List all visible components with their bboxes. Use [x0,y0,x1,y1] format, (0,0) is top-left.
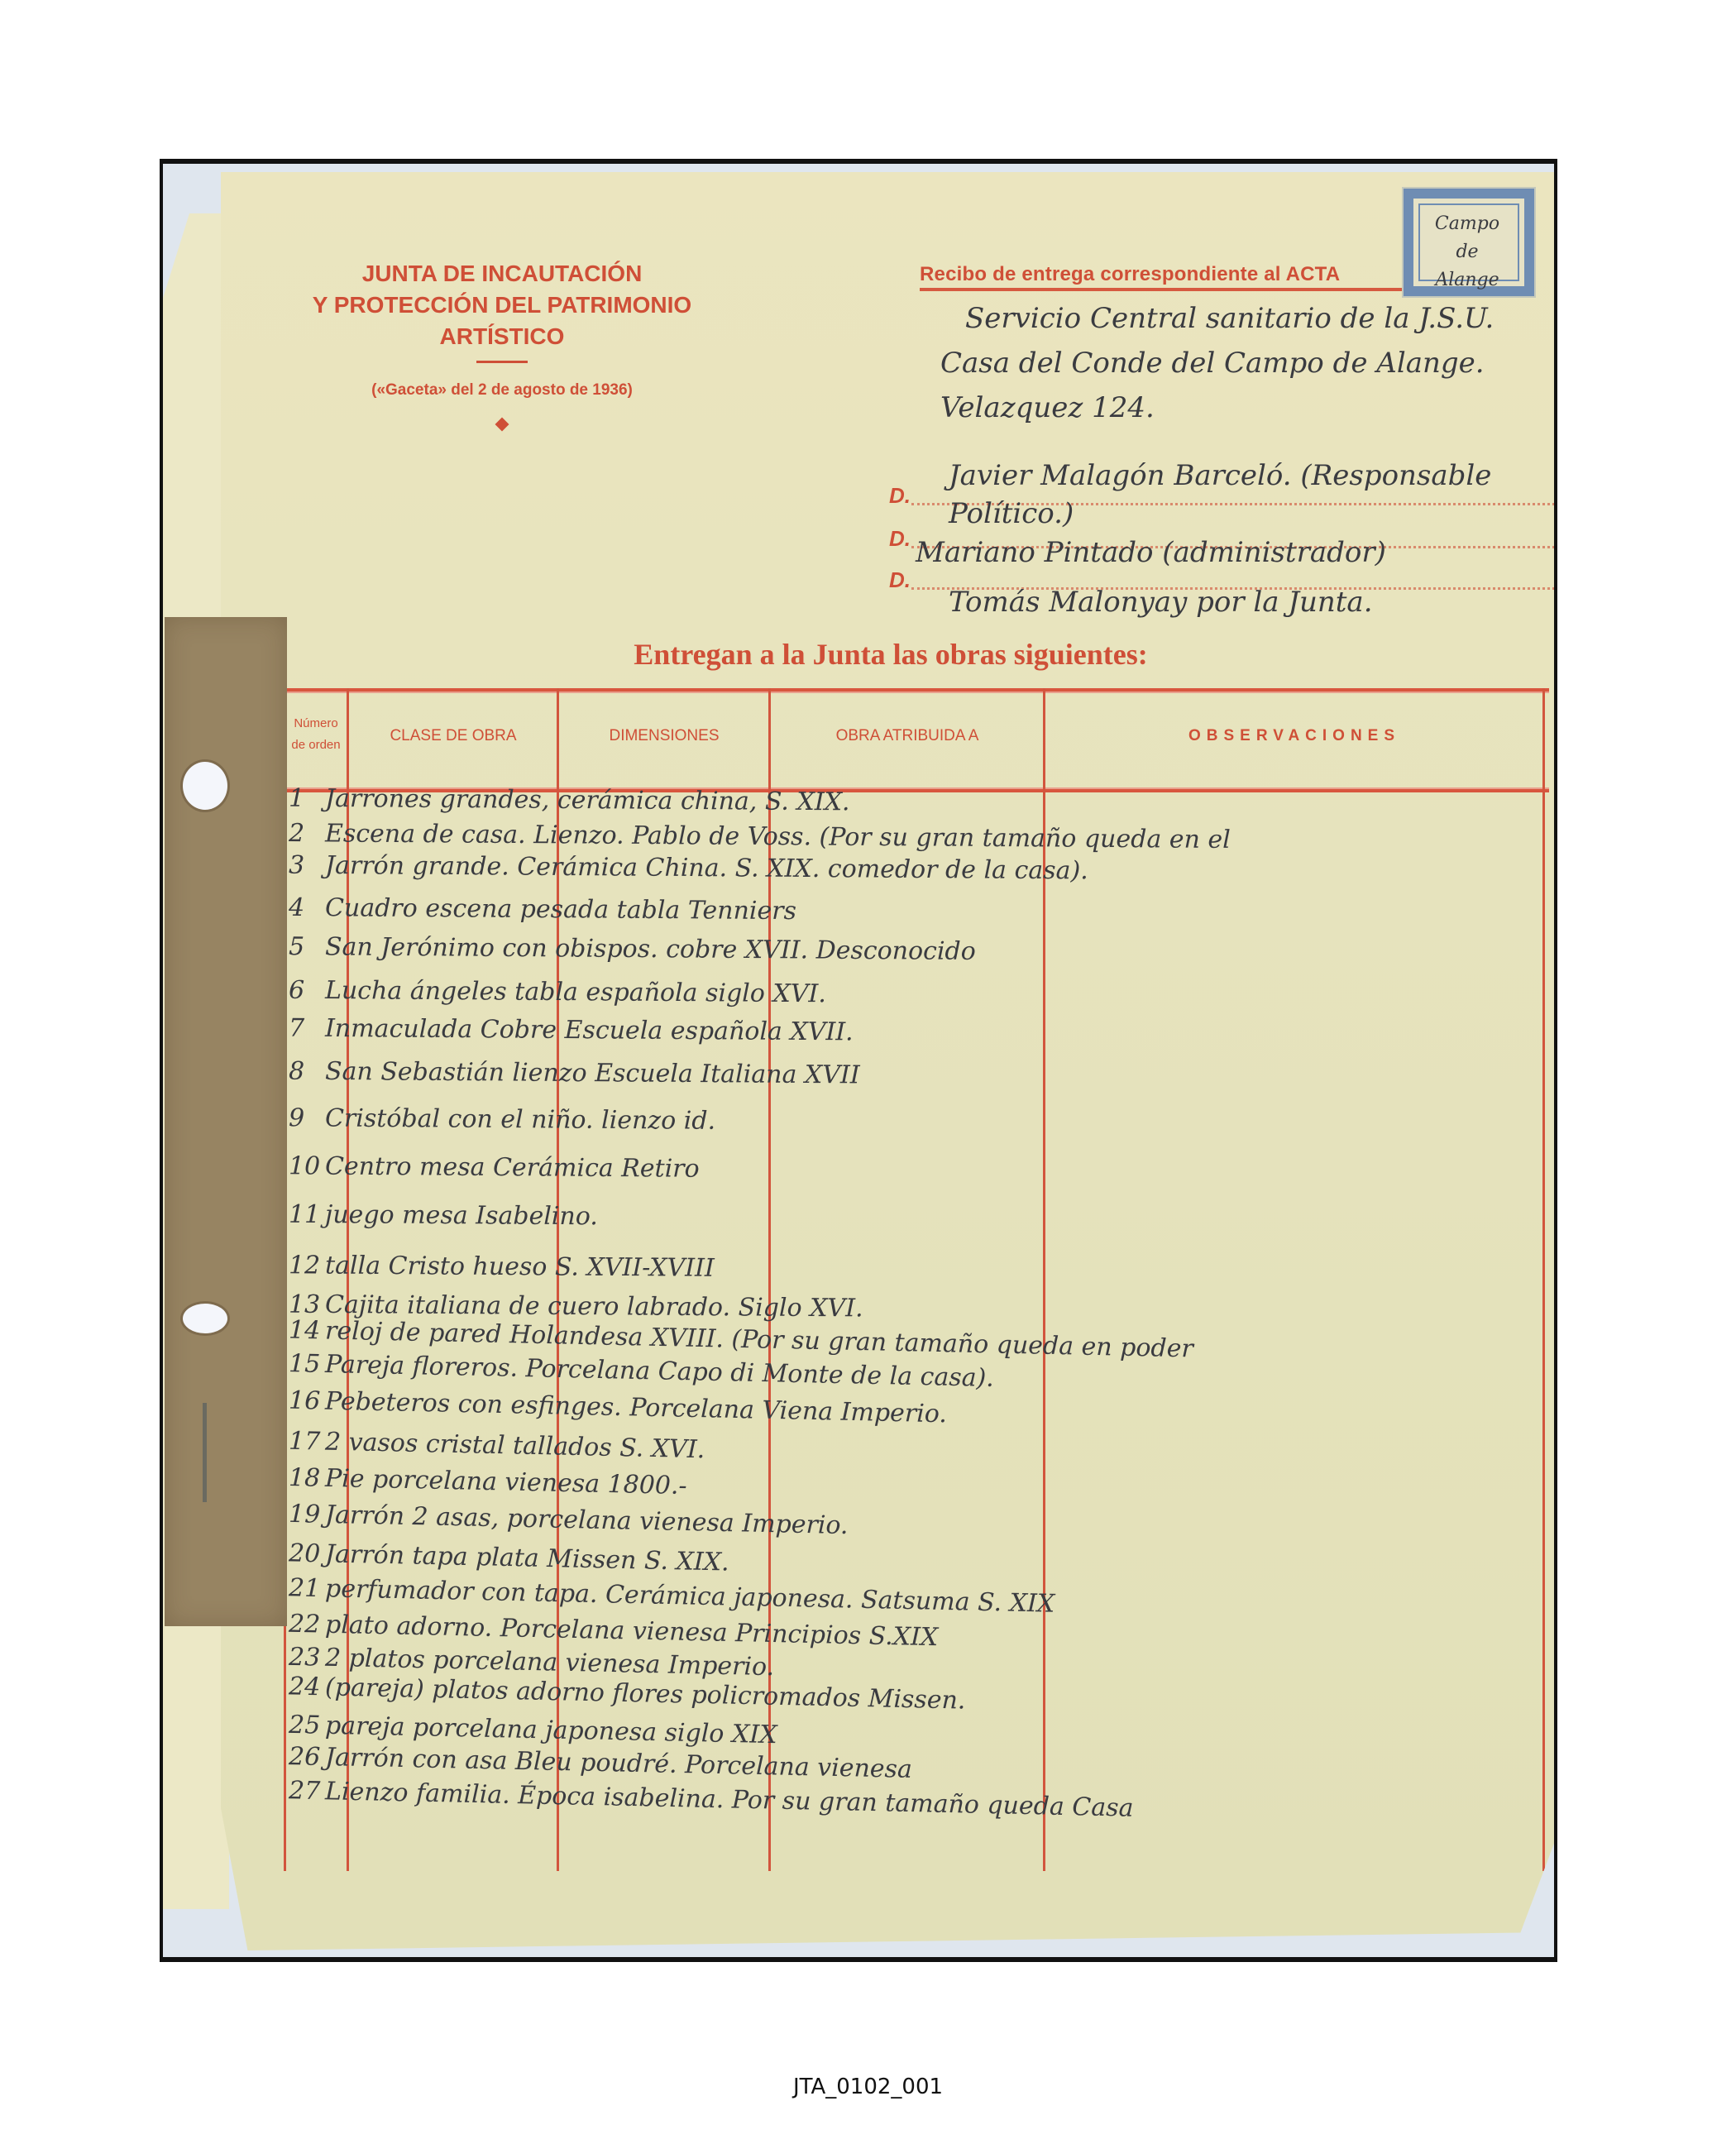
table-row: 3Jarrón grande. Cerámica China. S. XIX. … [289,851,1088,886]
letterhead: JUNTA DE INCAUTACIÓN Y PROTECCIÓN DEL PA… [221,258,783,429]
d-label-2: D. [889,526,911,552]
header-numero: Número de orden [287,713,345,756]
service-line-1: Servicio Central sanitario de la J.S.U. [940,296,1494,341]
col-divider-5 [1542,688,1545,1871]
row-number: 14 [289,1316,326,1346]
punch-hole-1 [183,762,227,810]
archive-id: JTA_0102_001 [0,2075,1736,2099]
service-line-2: Casa del Conde del Campo de Alange. [940,341,1494,385]
row-number: 24 [289,1672,326,1701]
row-number: 26 [289,1742,326,1772]
table-row: 12talla Cristo hueso S. XVII-XVIII [289,1251,715,1283]
header-clase: CLASE DE OBRA [350,725,557,748]
row-text: juego mesa Isabelino. [325,1200,598,1231]
table-row: 8San Sebastián lienzo Escuela Italiana X… [289,1057,860,1090]
works-table: Número de orden CLASE DE OBRA DIMENSIONE… [284,688,1549,1871]
row-number: 16 [289,1386,326,1416]
person-2: Mariano Pintado (administrador) [916,536,1386,569]
table-row: 5San Jerónimo con obispos. cobre XVII. D… [289,932,976,966]
table-row: 6Lucha ángeles tabla española siglo XVI. [289,976,826,1009]
person-3: Tomás Malonyay por la Junta. [949,586,1373,619]
section-title: Entregan a la Junta las obras siguientes… [221,637,1557,672]
row-text: Inmaculada Cobre Escuela española XVII. [325,1014,854,1046]
row-text: Cuadro escena pesada tabla Tenniers [325,893,796,926]
binding-tab [165,617,287,1626]
table-row: 19Jarrón 2 asas, porcelana vienesa Imper… [289,1500,849,1540]
row-number: 7 [289,1014,325,1043]
row-number: 8 [289,1057,325,1086]
service-address: Servicio Central sanitario de la J.S.U. … [940,296,1494,430]
header-observaciones: OBSERVACIONES [1046,725,1542,748]
row-text: Lienzo familia. Época isabelina. Por su … [325,1777,1134,1822]
row-text: Jarrón grande. Cerámica China. S. XIX. c… [325,851,1088,885]
table-row: 10Centro mesa Cerámica Retiro [289,1151,700,1183]
row-number: 11 [289,1200,325,1229]
row-text: Cristóbal con el niño. lienzo id. [325,1104,715,1136]
row-number: 6 [289,976,325,1005]
row-text: (pareja) platos adorno flores policromad… [325,1673,966,1715]
table-row: 4Cuadro escena pesada tabla Tenniers [289,893,796,926]
row-number: 10 [289,1151,325,1180]
letterhead-rule [476,361,528,363]
row-number: 21 [289,1573,326,1603]
row-text: San Sebastián lienzo Escuela Italiana XV… [325,1057,860,1090]
row-number: 12 [289,1251,325,1280]
row-text: Jarrón con asa Bleu poudré. Porcelana vi… [325,1743,913,1784]
row-text: Escena de casa. Lienzo. Pablo de Voss. (… [325,819,1231,854]
scanned-document: JUNTA DE INCAUTACIÓN Y PROTECCIÓN DEL PA… [160,159,1557,1962]
tab-pencil-mark [203,1403,207,1502]
row-number: 13 [289,1290,325,1319]
table-row: 1Jarrones grandes, cerámica china, S. XI… [289,784,850,817]
row-text: Lucha ángeles tabla española siglo XVI. [325,976,826,1008]
punch-hole-2 [183,1304,227,1333]
d-label-1: D. [889,483,911,509]
row-number: 22 [289,1610,326,1639]
row-number: 3 [289,851,325,880]
row-number: 25 [289,1711,326,1740]
table-row: 2Escena de casa. Lienzo. Pablo de Voss. … [289,819,1231,854]
row-text: Jarrón tapa plata Missen S. XIX. [325,1539,729,1577]
d-label-3: D. [889,567,911,593]
letterhead-line-3: ARTÍSTICO [221,321,783,352]
header-atribuida: OBRA ATRIBUIDA A [772,725,1043,748]
table-top-border [284,688,1549,693]
row-text: talla Cristo hueso S. XVII-XVIII [325,1251,715,1283]
header-dimensiones: DIMENSIONES [560,725,768,748]
service-line-3: Velazquez 124. [940,385,1494,430]
row-text: Centro mesa Cerámica Retiro [325,1152,700,1184]
ornament-icon [495,418,509,432]
row-number: 5 [289,932,325,961]
row-number: 2 [289,819,325,848]
table-row: 24(pareja) platos adorno flores policrom… [289,1672,966,1715]
paper-sheet: JUNTA DE INCAUTACIÓN Y PROTECCIÓN DEL PA… [221,172,1557,1950]
receipt-title: Recibo de entrega correspondiente al ACT… [920,263,1416,291]
letterhead-line-1: JUNTA DE INCAUTACIÓN [221,258,783,290]
row-number: 9 [289,1103,325,1132]
row-number: 1 [289,784,325,813]
row-number: 4 [289,893,325,922]
row-text: Pie porcelana vienesa 1800.- [325,1464,687,1500]
fiscal-stamp: Campo de Alange [1404,189,1534,296]
row-text: San Jerónimo con obispos. cobre XVII. De… [325,932,976,965]
table-row: 172 vasos cristal tallados S. XVI. [289,1427,705,1465]
gaceta-reference: («Gaceta» del 2 de agosto de 1936) [221,375,783,406]
table-row: 7Inmaculada Cobre Escuela española XVII. [289,1014,854,1047]
table-row: 11juego mesa Isabelino. [289,1200,598,1232]
row-number: 23 [289,1643,326,1673]
row-text: 2 vasos cristal tallados S. XVI. [325,1428,705,1465]
table-row: 20Jarrón tapa plata Missen S. XIX. [289,1539,729,1577]
row-number: 17 [289,1427,326,1457]
person-1: Javier Malagón Barceló. (Responsable Pol… [949,457,1557,533]
table-row: 16Pebeteros con esfinges. Porcelana Vien… [289,1386,948,1429]
row-text: Pebeteros con esfinges. Porcelana Viena … [325,1387,948,1429]
table-row: 9Cristóbal con el niño. lienzo id. [289,1103,715,1136]
row-number: 27 [289,1776,326,1806]
stamp-handwriting: Campo de Alange [1422,210,1513,294]
row-number: 19 [289,1500,326,1529]
row-number: 18 [289,1463,326,1493]
row-text: Jarrones grandes, cerámica china, S. XIX… [325,784,850,816]
letterhead-line-2: Y PROTECCIÓN DEL PATRIMONIO [221,290,783,321]
table-row: 27Lienzo familia. Época isabelina. Por s… [289,1776,1134,1822]
row-number: 20 [289,1539,326,1568]
row-number: 15 [289,1349,326,1379]
